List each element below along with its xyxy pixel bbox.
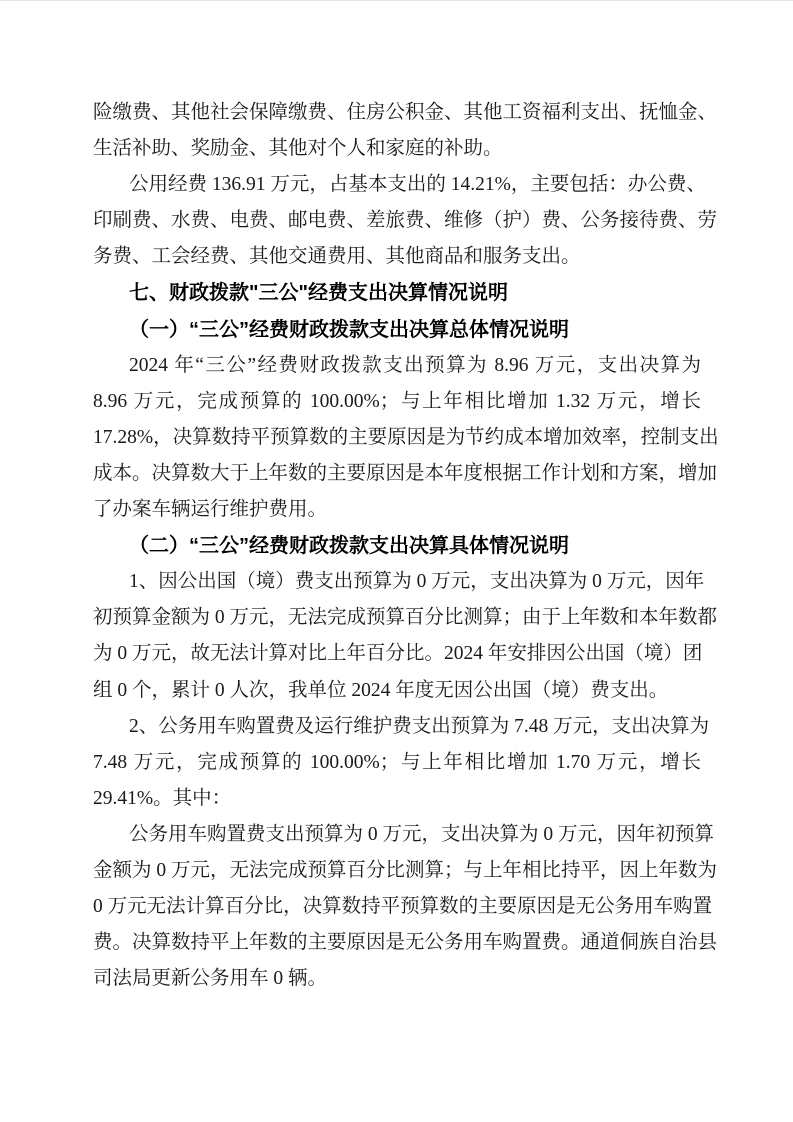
text-line: 初预算金额为 0 万元，无法完成预算百分比测算；由于上年数和本年数都 (93, 600, 701, 636)
text-line: 金额为 0 万元，无法完成预算百分比测算；与上年相比持平，因上年数为 (93, 853, 701, 889)
text-line: 险缴费、其他社会保障缴费、住房公积金、其他工资福利支出、抚恤金、 (93, 95, 701, 131)
text-line: 司法局更新公务用车 0 辆。 (93, 961, 701, 997)
para-vehicle-total: 2、公务用车购置费及运行维护费支出预算为 7.48 万元，支出决算为7.48 万… (93, 709, 701, 817)
text-line: 印刷费、水费、电费、邮电费、差旅费、维修（护）费、公务接待费、劳 (93, 203, 701, 239)
text-line: 生活补助、奖励金、其他对个人和家庭的补助。 (93, 131, 701, 167)
text-line: 公务用车购置费支出预算为 0 万元，支出决算为 0 万元，因年初预算 (93, 817, 701, 853)
text-line: 2024 年“三公”经费财政拨款支出预算为 8.96 万元，支出决算为 (93, 348, 701, 384)
text-line: 组 0 个，累计 0 人次，我单位 2024 年度无因公出国（境）费支出。 (93, 673, 701, 709)
para-sangong-overall: 2024 年“三公”经费财政拨款支出预算为 8.96 万元，支出决算为8.96 … (93, 348, 701, 528)
text-line: 0 万元无法计算百分比，决算数持平预算数的主要原因是无公务用车购置 (93, 889, 701, 925)
para-welfare-items-continuation: 险缴费、其他社会保障缴费、住房公积金、其他工资福利支出、抚恤金、生活补助、奖励金… (93, 95, 701, 167)
heading-section-seven-sangong: 七、财政拨款"三公"经费支出决算情况说明 (93, 275, 701, 311)
para-public-funds: 公用经费 136.91 万元，占基本支出的 14.21%，主要包括：办公费、印刷… (93, 167, 701, 275)
text-line: 2、公务用车购置费及运行维护费支出预算为 7.48 万元，支出决算为 (93, 709, 701, 745)
text-line: 了办案车辆运行维护费用。 (93, 492, 701, 528)
text-line: 成本。决算数大于上年数的主要原因是本年度根据工作计划和方案，增加 (93, 456, 701, 492)
text-line: 29.41%。其中： (93, 781, 701, 817)
text-line: （一）“三公”经费财政拨款支出决算总体情况说明 (93, 312, 701, 348)
document-page: 险缴费、其他社会保障缴费、住房公积金、其他工资福利支出、抚恤金、生活补助、奖励金… (0, 0, 793, 1122)
text-line: 17.28%，决算数持平预算数的主要原因是为节约成本增加效率，控制支出 (93, 420, 701, 456)
text-line: 7.48 万元，完成预算的 100.00%；与上年相比增加 1.70 万元，增长 (93, 745, 701, 781)
text-line: 公用经费 136.91 万元，占基本支出的 14.21%，主要包括：办公费、 (93, 167, 701, 203)
text-line: 8.96 万元，完成预算的 100.00%；与上年相比增加 1.32 万元，增长 (93, 384, 701, 420)
text-line: 为 0 万元，故无法计算对比上年百分比。2024 年安排因公出国（境）团 (93, 636, 701, 672)
heading-subsection-two-detail: （二）“三公”经费财政拨款支出决算具体情况说明 (93, 528, 701, 564)
para-vehicle-purchase: 公务用车购置费支出预算为 0 万元，支出决算为 0 万元，因年初预算金额为 0 … (93, 817, 701, 997)
text-line: 务费、工会经费、其他交通费用、其他商品和服务支出。 (93, 239, 701, 275)
text-line: 费。决算数持平上年数的主要原因是无公务用车购置费。通道侗族自治县 (93, 925, 701, 961)
document-body: 险缴费、其他社会保障缴费、住房公积金、其他工资福利支出、抚恤金、生活补助、奖励金… (93, 95, 701, 997)
text-line: 七、财政拨款"三公"经费支出决算情况说明 (93, 275, 701, 311)
heading-subsection-one-overall: （一）“三公”经费财政拨款支出决算总体情况说明 (93, 312, 701, 348)
text-line: （二）“三公”经费财政拨款支出决算具体情况说明 (93, 528, 701, 564)
para-abroad-expense: 1、因公出国（境）费支出预算为 0 万元，支出决算为 0 万元，因年初预算金额为… (93, 564, 701, 708)
text-line: 1、因公出国（境）费支出预算为 0 万元，支出决算为 0 万元，因年 (93, 564, 701, 600)
